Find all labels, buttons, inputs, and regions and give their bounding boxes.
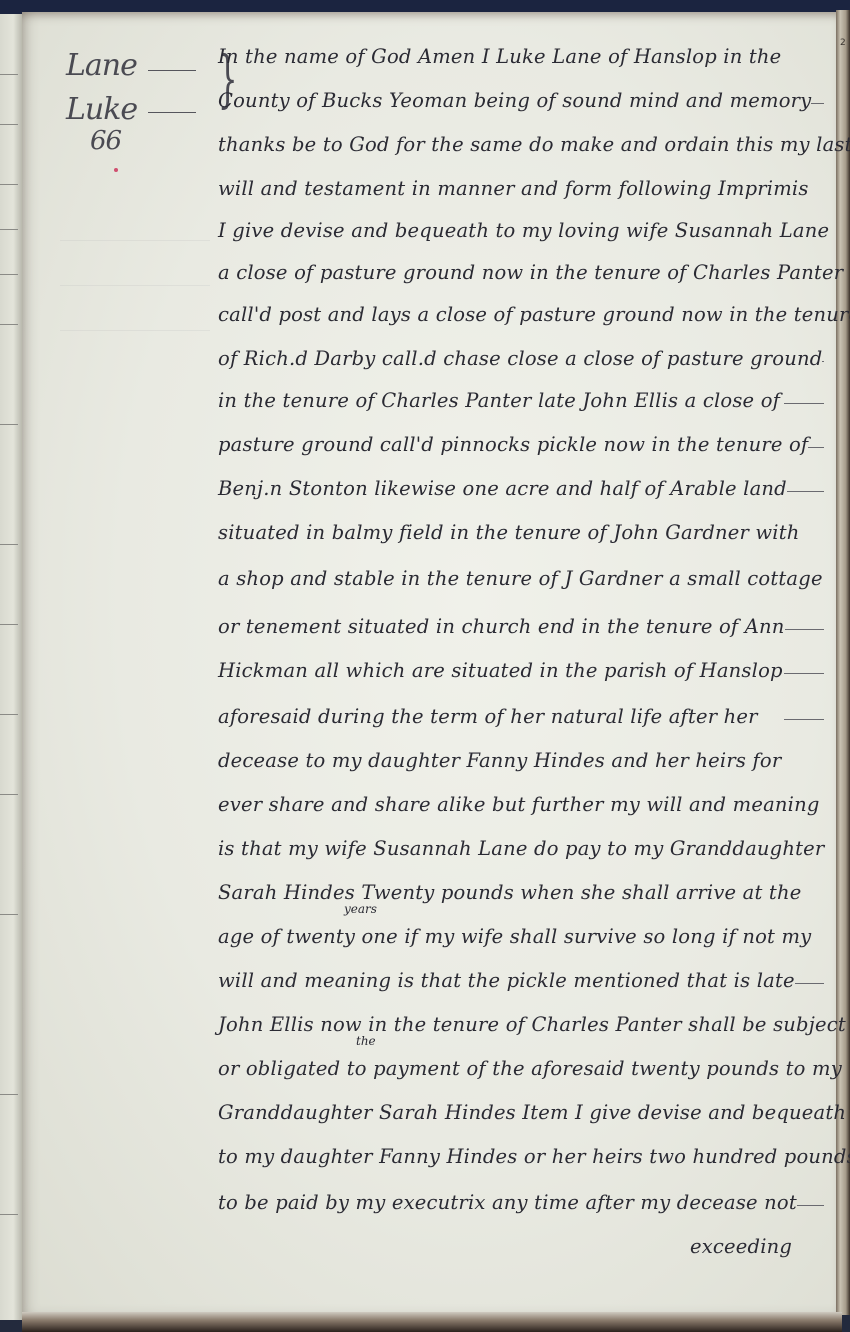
ruled-tick — [0, 544, 18, 545]
text-line-14: or tenement situated in church end in th… — [218, 604, 824, 638]
text-line-21: age of twenty one if my wife shall survi… — [218, 914, 824, 948]
show-through-text — [60, 330, 210, 331]
line-filler-dash — [822, 361, 824, 362]
text-line-20: Sarah Hindes Twenty pounds when she shal… — [218, 870, 824, 904]
catchword: exceeding — [690, 1224, 820, 1258]
text-line-10: pasture ground call'd pinnocks pickle no… — [218, 422, 824, 456]
line-filler-dash — [795, 983, 824, 984]
show-through-text — [60, 240, 210, 241]
margin-dash — [148, 70, 196, 71]
text-line-5: I give devise and bequeath to my loving … — [218, 208, 824, 242]
line-filler-dash — [808, 447, 824, 448]
margin-forename: Luke — [66, 92, 137, 127]
text-line-17: decease to my daughter Fanny Hindes and … — [218, 738, 824, 772]
text-line-6: a close of pasture ground now in the ten… — [218, 250, 824, 284]
ruled-tick — [0, 1214, 18, 1215]
show-through-text — [60, 285, 210, 286]
text-line-18: ever share and share alike but further m… — [218, 782, 824, 816]
text-line-19: is that my wife Susannah Lane do pay to … — [218, 826, 824, 860]
text-line-4: will and testament in manner and form fo… — [218, 166, 824, 200]
ruled-tick — [0, 914, 18, 915]
ruled-tick — [0, 324, 18, 325]
margin-entry-number: 66 — [90, 126, 121, 156]
text-line-13: a shop and stable in the tenure of J Gar… — [218, 556, 824, 590]
text-line-22: will and meaning is that the pickle ment… — [218, 958, 824, 992]
red-ink-mark — [114, 168, 118, 172]
text-line-27: to be paid by my executrix any time afte… — [218, 1180, 824, 1214]
text-line-26: to my daughter Fanny Hindes or her heirs… — [218, 1134, 824, 1168]
ruled-tick — [0, 74, 18, 75]
text-line-11: Benj.n Stonton likewise one acre and hal… — [218, 466, 824, 500]
text-line-3: thanks be to God for the same do make an… — [218, 122, 824, 156]
line-filler-dash — [784, 673, 824, 674]
line-filler-dash — [787, 491, 824, 492]
ruled-tick — [0, 794, 18, 795]
text-line-25: Granddaughter Sarah Hindes Item I give d… — [218, 1090, 824, 1124]
margin-dash — [148, 112, 196, 113]
text-line-15: Hickman all which are situated in the pa… — [218, 648, 824, 682]
line-filler-dash — [785, 629, 824, 630]
ruled-tick — [0, 624, 18, 625]
line-filler-dash — [784, 719, 824, 720]
corner-page-number: 2 — [840, 38, 846, 48]
line-filler-dash — [784, 403, 824, 404]
text-line-8: of Rich.d Darby call.d chase close a clo… — [218, 336, 824, 370]
ruled-tick — [0, 1094, 18, 1095]
text-line-7: call'd post and lays a close of pasture … — [218, 292, 824, 326]
text-line-2: County of Bucks Yeoman being of sound mi… — [218, 78, 824, 112]
line-filler-dash — [811, 103, 824, 104]
text-line-12: situated in balmy field in the tenure of… — [218, 510, 824, 544]
text-line-9: in the tenure of Charles Panter late Joh… — [218, 378, 824, 412]
text-line-16: aforesaid during the term of her natural… — [218, 694, 824, 728]
margin-surname: Lane — [66, 48, 137, 83]
bottom-page-edge — [22, 1312, 842, 1332]
ruled-tick — [0, 229, 18, 230]
ruled-tick — [0, 714, 18, 715]
text-line-23: John Ellis now in the tenure of Charles … — [218, 1002, 824, 1036]
text-line-24: or obligated to payment of the aforesaid… — [218, 1046, 824, 1080]
ruled-tick — [0, 424, 18, 425]
ruled-tick — [0, 274, 18, 275]
text-line-1: In the name of God Amen I Luke Lane of H… — [218, 34, 824, 68]
ruled-tick — [0, 184, 18, 185]
previous-page-edge — [0, 14, 24, 1320]
ruled-tick — [0, 124, 18, 125]
line-filler-dash — [797, 1205, 824, 1206]
